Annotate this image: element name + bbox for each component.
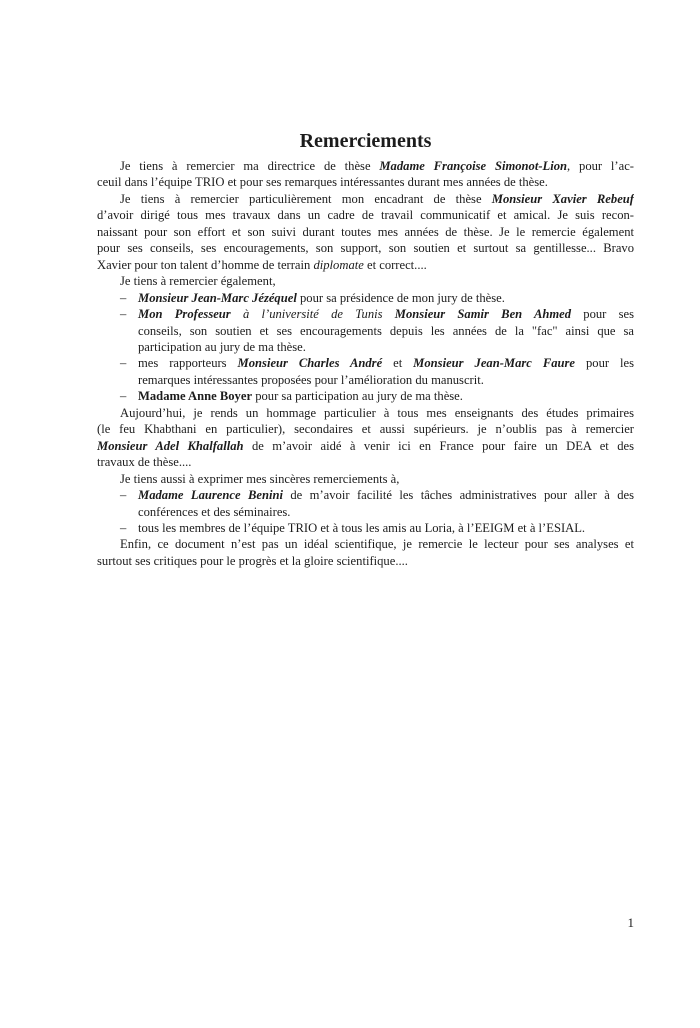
text-segment: conférences et des séminaires. [138,505,290,519]
text-line: Je tiens à remercier ma directrice de th… [97,158,634,174]
text-line: Je tiens aussi à exprimer mes sincères r… [97,471,634,487]
text-segment [383,307,395,321]
text-line: naissant pour son effort et son suivi du… [97,224,634,240]
text-segment: pour sa participation au jury de ma thès… [252,389,463,403]
text-segment: Aujourd’hui, je rends un hommage particu… [120,406,634,420]
text-segment: et correct.... [364,258,427,272]
text-line: Madame Anne Boyer pour sa participation … [138,388,634,404]
text-segment: Je tiens à remercier ma directrice de th… [120,159,379,173]
text-line: Aujourd’hui, je rends un hommage particu… [97,405,634,421]
dash-marker: – [120,355,126,371]
text-line: Xavier pour ton talent d’homme de terrai… [97,257,634,273]
text-line: (le feu Khabthani en particulier), secon… [97,421,634,437]
text-line: remarques intéressantes proposées pour l… [138,372,634,388]
text-segment: Monsieur Xavier Rebeuf [492,192,634,206]
list-item: –Monsieur Jean-Marc Jézéquel pour sa pré… [120,290,634,306]
text-segment: Xavier pour ton talent d’homme de terrai… [97,258,313,272]
text-segment: de m’avoir aidé à venir ici en France po… [244,439,634,453]
text-segment: et [382,356,413,370]
text-line: surtout ses critiques pour le progrès et… [97,553,634,569]
text-segment: d’avoir dirigé tous mes travaux dans un … [97,208,634,222]
text-segment [231,307,243,321]
list-item: –Mon Professeur à l’université de Tunis … [120,306,634,355]
text-line: d’avoir dirigé tous mes travaux dans un … [97,207,634,223]
dash-marker: – [120,388,126,404]
text-segment: Monsieur Jean-Marc Faure [413,356,575,370]
text-line: conférences et des séminaires. [138,504,634,520]
text-segment: pour ses [571,307,634,321]
list-item: –tous les membres de l’équipe TRIO et à … [120,520,634,536]
page-number: 1 [97,915,634,931]
text-segment: conseils, son soutien et ses encourageme… [138,324,634,338]
list-item: –Madame Laurence Benini de m’avoir facil… [120,487,634,520]
text-segment: Monsieur Jean-Marc Jézéquel [138,291,297,305]
text-line: Monsieur Adel Khalfallah de m’avoir aidé… [97,438,634,454]
dash-list: –Madame Laurence Benini de m’avoir facil… [97,487,634,536]
text-segment: Mon Professeur [138,307,231,321]
list-item: –mes rapporteurs Monsieur Charles André … [120,355,634,388]
text-segment: Je tiens à remercier particulièrement mo… [120,192,492,206]
list-item: –Madame Anne Boyer pour sa participation… [120,388,634,404]
text-segment: ceuil dans l’équipe TRIO et pour ses rem… [97,175,548,189]
text-line: conseils, son soutien et ses encourageme… [138,323,634,339]
text-segment: Monsieur Adel Khalfallah [97,439,244,453]
dash-marker: – [120,306,126,322]
dash-marker: – [120,520,126,536]
text-line: Je tiens à remercier particulièrement mo… [97,191,634,207]
text-segment: naissant pour son effort et son suivi du… [97,225,634,239]
dash-marker: – [120,487,126,503]
text-segment: travaux de thèse.... [97,455,191,469]
text-segment: Je tiens aussi à exprimer mes sincères r… [120,472,399,486]
text-line: ceuil dans l’équipe TRIO et pour ses rem… [97,174,634,190]
text-segment: de m’avoir facilité les tâches administr… [283,488,634,502]
paragraph: Je tiens à remercier également, [97,273,634,289]
dash-list: –Monsieur Jean-Marc Jézéquel pour sa pré… [97,290,634,405]
text-line: mes rapporteurs Monsieur Charles André e… [138,355,634,371]
text-line: pour ses conseils, ses encouragements, s… [97,240,634,256]
text-segment: , pour l’ac- [567,159,634,173]
text-segment: remarques intéressantes proposées pour l… [138,373,484,387]
text-segment: Monsieur Samir Ben Ahmed [395,307,571,321]
text-segment: Madame Anne Boyer [138,389,252,403]
text-line: Enfin, ce document n’est pas un idéal sc… [97,536,634,552]
page-title: Remerciements [97,130,634,153]
text-segment: Madame Françoise Simonot-Lion [379,159,567,173]
paragraph: Je tiens à remercier ma directrice de th… [97,158,634,191]
text-segment: (le feu Khabthani en particulier), secon… [97,422,634,436]
text-segment: à l’université de Tunis [243,307,383,321]
paragraph: Je tiens aussi à exprimer mes sincères r… [97,471,634,487]
text-segment: participation au jury de ma thèse. [138,340,306,354]
paragraph: Aujourd’hui, je rends un hommage particu… [97,405,634,471]
text-line: Je tiens à remercier également, [97,273,634,289]
text-line: Madame Laurence Benini de m’avoir facili… [138,487,634,503]
text-line: tous les membres de l’équipe TRIO et à t… [138,520,634,536]
text-segment: pour ses conseils, ses encouragements, s… [97,241,634,255]
text-segment: tous les membres de l’équipe TRIO et à t… [138,521,585,535]
text-segment: surtout ses critiques pour le progrès et… [97,554,408,568]
text-line: participation au jury de ma thèse. [138,339,634,355]
text-segment: pour sa présidence de mon jury de thèse. [297,291,505,305]
text-segment: Je tiens à remercier également, [120,274,276,288]
text-line: Monsieur Jean-Marc Jézéquel pour sa prés… [138,290,634,306]
text-segment: pour les [575,356,634,370]
text-segment: mes rapporteurs [138,356,238,370]
dash-marker: – [120,290,126,306]
text-segment: Monsieur Charles André [238,356,383,370]
document-body: Je tiens à remercier ma directrice de th… [97,158,634,569]
text-segment: diplomate [313,258,363,272]
text-line: travaux de thèse.... [97,454,634,470]
paragraph: Enfin, ce document n’est pas un idéal sc… [97,536,634,569]
text-line: Mon Professeur à l’université de Tunis M… [138,306,634,322]
text-segment: Madame Laurence Benini [138,488,283,502]
document-page: Remerciements Je tiens à remercier ma di… [0,0,700,1028]
paragraph: Je tiens à remercier particulièrement mo… [97,191,634,273]
text-segment: Enfin, ce document n’est pas un idéal sc… [120,537,634,551]
